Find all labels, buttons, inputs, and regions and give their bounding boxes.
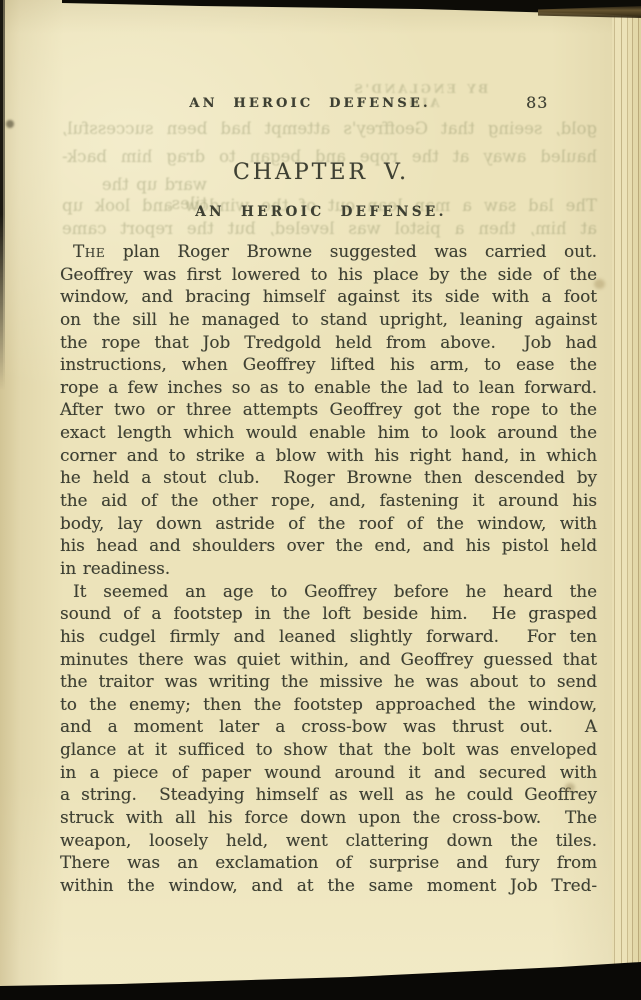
text-line: rope a few inches so as to enable the la… — [60, 376, 597, 399]
text-line: weapon, loosely held, went clattering do… — [60, 829, 597, 852]
text-line: his head and shoulders over the end, and… — [60, 534, 597, 557]
show-through-line: at him, then a pistol was leveled, but t… — [62, 219, 597, 238]
text-line: exact length which would enable him to l… — [60, 421, 597, 444]
ink-spot — [6, 120, 14, 128]
show-through-line: gold, seeing that Geoffrey's attempt had… — [62, 119, 597, 138]
small-caps-lead: The — [73, 241, 105, 261]
section-heading: AN HEROIC DEFENSE. — [0, 204, 641, 220]
page-number: 83 — [526, 93, 548, 112]
text-line: There was an exclamation of surprise and… — [60, 851, 597, 874]
text-line: the traitor was writing the missive he w… — [60, 670, 597, 693]
text-line: the rope that Job Tredgold held from abo… — [60, 331, 597, 354]
text-line: glance at it sufficed to show that the b… — [60, 738, 597, 761]
text-line: in a piece of paper wound around it and … — [60, 761, 597, 784]
paper-blemish — [565, 783, 575, 792]
text-line: It seemed an age to Geoffrey before he h… — [60, 580, 597, 603]
text-line: and a moment later a cross-bow was thrus… — [60, 715, 597, 738]
text-line: Geoffrey was first lowered to his place … — [60, 263, 597, 286]
text-line: minutes there was quiet within, and Geof… — [60, 648, 597, 671]
text-line: in readiness. — [60, 557, 597, 580]
gutter-shadow — [0, 0, 7, 390]
text-line: window, and bracing himself against its … — [60, 285, 597, 308]
text-line: his cudgel firmly and leaned slightly fo… — [60, 625, 597, 648]
text-line: corner and to strike a blow with his rig… — [60, 444, 597, 467]
body-text: The plan Roger Browne suggested was carr… — [60, 240, 597, 897]
running-header: AN HEROIC DEFENSE. — [20, 96, 600, 111]
chapter-title: CHAPTER V. — [0, 160, 641, 185]
text-line: body, lay down astride of the roof of th… — [60, 512, 597, 535]
text-line: he held a stout club. Roger Browne then … — [60, 466, 597, 489]
text-line: The plan Roger Browne suggested was carr… — [60, 240, 597, 263]
text-line: instructions, when Geoffrey lifted his a… — [60, 353, 597, 376]
paper-blemish — [594, 279, 605, 289]
text-line: on the sill he managed to stand upright,… — [60, 308, 597, 331]
text-line: struck with all his force down upon the … — [60, 806, 597, 829]
text-line: the aid of the other rope, and, fastenin… — [60, 489, 597, 512]
page-fore-edge-stack — [612, 14, 641, 964]
text-line: After two or three attempts Geoffrey got… — [60, 398, 597, 421]
text-line: a string. Steadying himself as well as h… — [60, 783, 597, 806]
text-line: within the window, and at the same momen… — [60, 874, 597, 897]
page-surface: BY ENGLAND'S AID.gold, seeing that Geoff… — [0, 0, 641, 1000]
text-line: to the enemy; then the footstep approach… — [60, 693, 597, 716]
scanned-book-page: BY ENGLAND'S AID.gold, seeing that Geoff… — [0, 0, 641, 1000]
text-line: sound of a footstep in the loft beside h… — [60, 602, 597, 625]
